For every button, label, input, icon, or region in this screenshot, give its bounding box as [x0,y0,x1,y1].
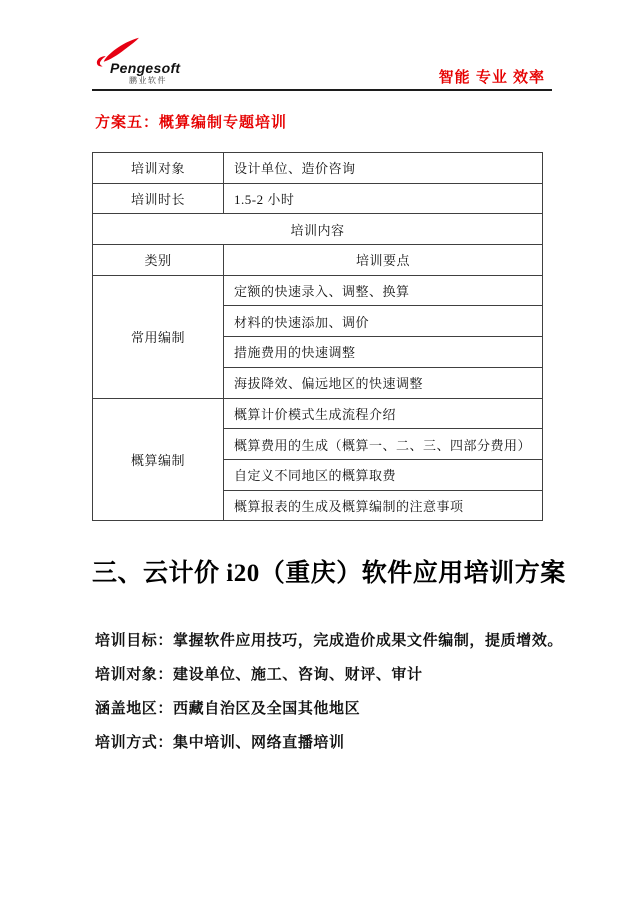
brand-name-chinese: 鹏业软件 [129,75,167,86]
training-duration-label: 培训时长 [93,183,224,214]
training-duration-value: 1.5-2 小时 [224,183,543,214]
table-row: 概算编制 概算计价模式生成流程介绍 [93,398,543,429]
table-row-training-target: 培训对象 设计单位、造价咨询 [93,153,543,184]
column-header-points: 培训要点 [224,245,543,276]
header-slogan: 智能 专业 效率 [439,66,545,87]
brand-logo: Pengesoft 鹏业软件 [95,36,215,88]
point-cell: 材料的快速添加、调价 [224,306,543,337]
section5-title: 方案五：概算编制专题培训 [95,111,287,132]
content-header-cell: 培训内容 [93,214,543,245]
detail-label: 涵盖地区： [95,701,173,717]
point-cell: 海拔降效、偏远地区的快速调整 [224,367,543,398]
table-row-content-header: 培训内容 [93,214,543,245]
detail-text: 集中培训、网络直播培训 [173,735,345,751]
point-cell: 措施费用的快速调整 [224,337,543,368]
point-cell: 概算计价模式生成流程介绍 [224,398,543,429]
column-header-category: 类别 [93,245,224,276]
table-row: 常用编制 定额的快速录入、调整、换算 [93,275,543,306]
detail-text: 西藏自治区及全国其他地区 [173,701,360,717]
detail-line-goal: 培训目标：掌握软件应用技巧，完成造价成果文件编制，提质增效。 [95,624,565,658]
category-cell-common: 常用编制 [93,275,224,398]
document-page: Pengesoft 鹏业软件 智能 专业 效率 方案五：概算编制专题培训 培训对… [0,0,636,899]
point-cell: 概算报表的生成及概算编制的注意事项 [224,490,543,521]
training-table: 培训对象 设计单位、造价咨询 培训时长 1.5-2 小时 培训内容 类别 培训要… [92,152,543,521]
brand-name: Pengesoft [110,60,180,76]
point-cell: 定额的快速录入、调整、换算 [224,275,543,306]
category-cell-estimate: 概算编制 [93,398,224,521]
detail-line-method: 培训方式：集中培训、网络直播培训 [95,726,565,760]
table-row-column-headers: 类别 培训要点 [93,245,543,276]
detail-text: 建设单位、施工、咨询、财评、审计 [173,667,423,683]
detail-text: 掌握软件应用技巧，完成造价成果文件编制，提质增效。 [173,633,563,649]
section3-heading: 三、云计价 i20（重庆）软件应用培训方案 [92,553,566,589]
detail-label: 培训目标： [95,633,173,649]
point-cell: 概算费用的生成（概算一、二、三、四部分费用） [224,429,543,460]
training-target-label: 培训对象 [93,153,224,184]
table-row-training-duration: 培训时长 1.5-2 小时 [93,183,543,214]
detail-label: 培训方式： [95,735,173,751]
section3-details: 培训目标：掌握软件应用技巧，完成造价成果文件编制，提质增效。 培训对象：建设单位… [95,624,565,760]
detail-line-target: 培训对象：建设单位、施工、咨询、财评、审计 [95,658,565,692]
training-target-value: 设计单位、造价咨询 [224,153,543,184]
detail-label: 培训对象： [95,667,173,683]
point-cell: 自定义不同地区的概算取费 [224,459,543,490]
detail-line-region: 涵盖地区：西藏自治区及全国其他地区 [95,692,565,726]
header-divider [92,89,552,91]
